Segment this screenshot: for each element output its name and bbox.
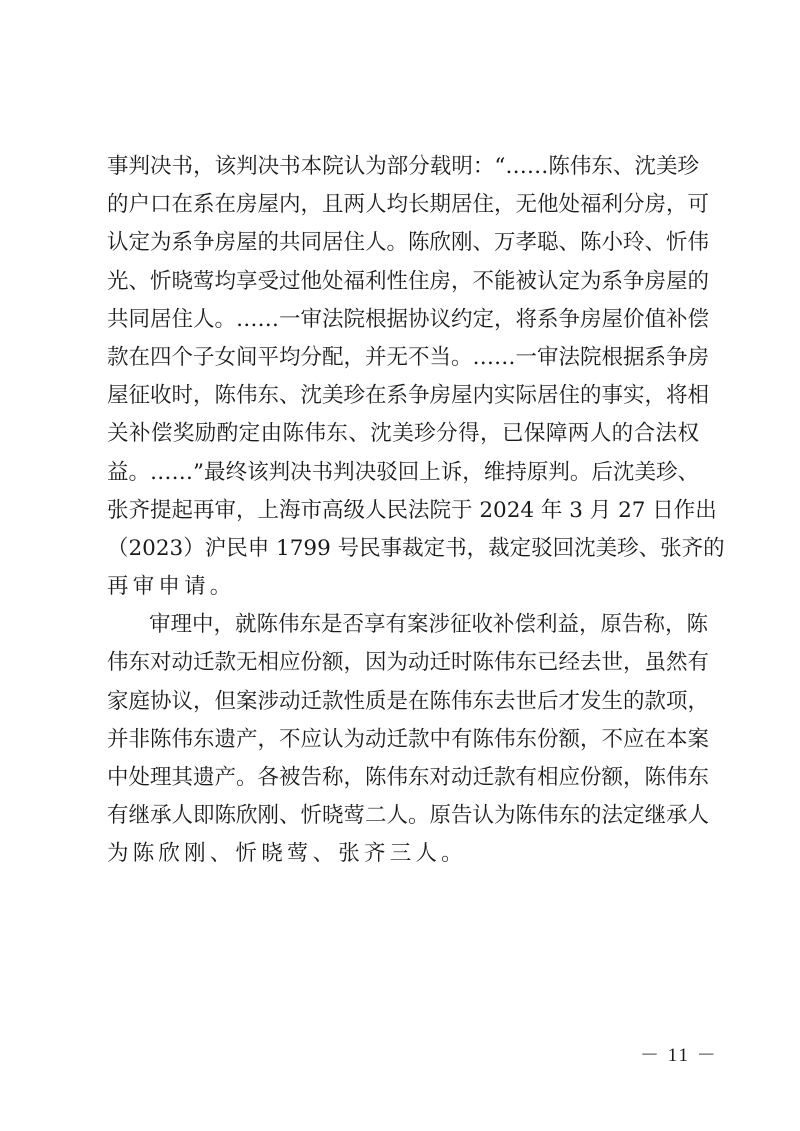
text-line: 中处理其遗产。各被告称，陈伟东对动迁款有相应份额，陈伟东 (107, 759, 699, 797)
text-line: 光、忻晓莺均享受过他处福利性住房，不能被认定为系争房屋的 (107, 263, 699, 301)
text-line: 伟东对动迁款无相应份额，因为动迁时陈伟东已经去世，虽然有 (107, 644, 699, 682)
text-line: 家庭协议，但案涉动迁款性质是在陈伟东去世后才发生的款项， (107, 683, 699, 721)
text-line: （2023）沪民申 1799 号民事裁定书，裁定驳回沈美珍、张齐的 (107, 530, 699, 568)
page-number: － 11 － (640, 1040, 718, 1067)
text-line: 张齐提起再审，上海市高级人民法院于 2024 年 3 月 27 日作出 (107, 492, 699, 530)
text-line: 的户口在系在房屋内，且两人均长期居住，无他处福利分房，可 (107, 186, 699, 224)
document-page: 事判决书，该判决书本院认为部分载明：“……陈伟东、沈美珍 的户口在系在房屋内，且… (0, 0, 800, 1131)
text-line: 款在四个子女间平均分配，并无不当。……一审法院根据系争房 (107, 339, 699, 377)
paragraph: 审理中，就陈伟东是否享有案涉征收补偿利益，原告称，陈 伟东对动迁款无相应份额，因… (107, 606, 699, 873)
text-line: 事判决书，该判决书本院认为部分载明：“……陈伟东、沈美珍 (107, 148, 699, 186)
text-line: 为陈欣刚、忻晓莺、张齐三人。 (107, 835, 699, 873)
document-body: 事判决书，该判决书本院认为部分载明：“……陈伟东、沈美珍 的户口在系在房屋内，且… (107, 148, 699, 874)
text-line: 关补偿奖励酌定由陈伟东、沈美珍分得，已保障两人的合法权 (107, 415, 699, 453)
paragraph: 事判决书，该判决书本院认为部分载明：“……陈伟东、沈美珍 的户口在系在房屋内，且… (107, 148, 699, 606)
text-line: 并非陈伟东遗产，不应认为动迁款中有陈伟东份额，不应在本案 (107, 721, 699, 759)
text-line: 益。……”最终该判决书判决驳回上诉，维持原判。后沈美珍、 (107, 454, 699, 492)
text-line: 认定为系争房屋的共同居住人。陈欣刚、万孝聪、陈小玲、忻伟 (107, 224, 699, 262)
text-line: 共同居住人。……一审法院根据协议约定，将系争房屋价值补偿 (107, 301, 699, 339)
text-line: 审理中，就陈伟东是否享有案涉征收补偿利益，原告称，陈 (107, 606, 699, 644)
text-line: 有继承人即陈欣刚、忻晓莺二人。原告认为陈伟东的法定继承人 (107, 797, 699, 835)
text-line: 再审申请。 (107, 568, 699, 606)
text-line: 屋征收时，陈伟东、沈美珍在系争房屋内实际居住的事实，将相 (107, 377, 699, 415)
